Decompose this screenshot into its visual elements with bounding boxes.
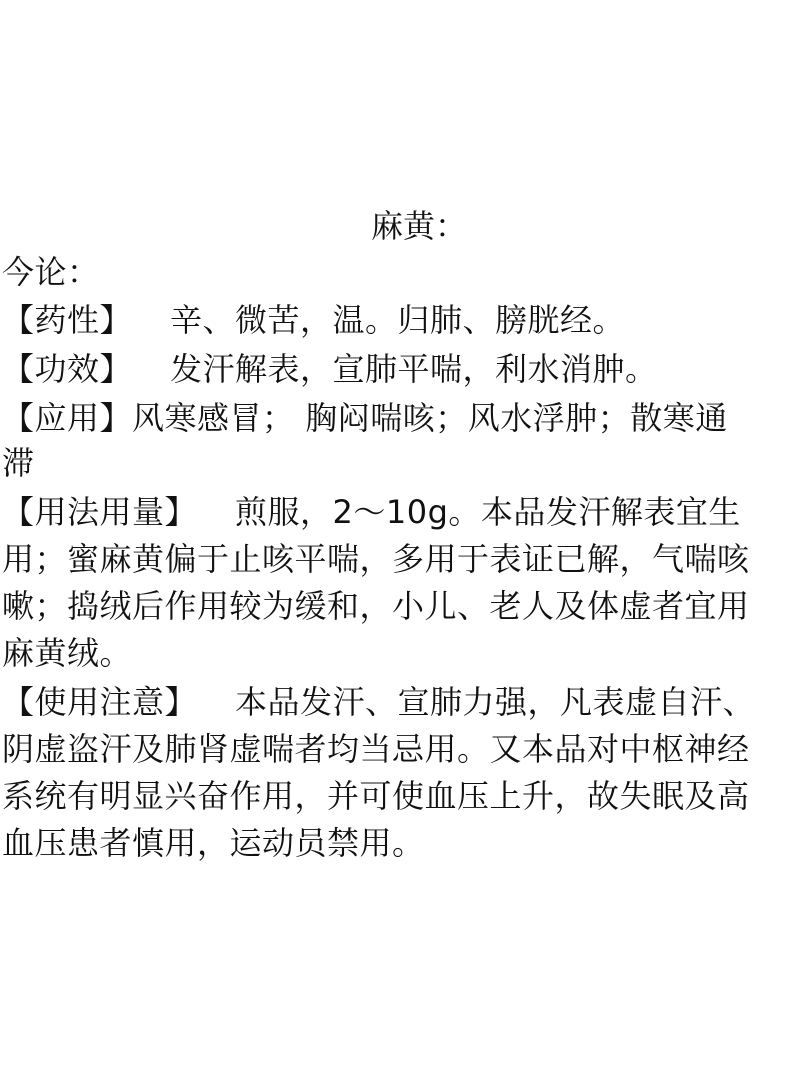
section-tag: 【药性】 — [2, 301, 132, 339]
section-yingyong: 【应用】风寒感冒； 胸闷喘咳；风水浮肿；散寒通 — [2, 396, 800, 440]
section-yongfa-yongliang: 【用法用量】煎服，2～10g。本品发汗解表宜生 — [2, 490, 800, 534]
section-shiyong-zhuyi: 【使用注意】本品发汗、宣肺力强，凡表虚自汗、 — [2, 680, 800, 724]
section-text: 煎服，2～10g。本品发汗解表宜生 — [235, 493, 741, 531]
section-gongxiao: 【功效】发汗解表，宣肺平喘，利水消肿。 — [2, 347, 800, 391]
section-text: 发汗解表，宣肺平喘，利水消肿。 — [170, 350, 658, 388]
subtitle-jinlun: 今论： — [2, 250, 800, 294]
section-zhuyi-line-4: 血压患者慎用，运动员禁用。 — [2, 821, 800, 865]
document-page: 麻黄： 今论： 【药性】辛、微苦，温。归肺、膀胱经。 【功效】发汗解表，宣肺平喘… — [0, 0, 800, 1069]
section-yongfa-line-2: 用；蜜麻黄偏于止咳平喘，多用于表证已解，气喘咳 — [2, 537, 800, 581]
section-tag: 【应用】 — [2, 399, 132, 437]
section-text: 辛、微苦，温。归肺、膀胱经。 — [170, 301, 625, 339]
section-yingyong-cont: 滞 — [2, 441, 800, 485]
section-yaoxing: 【药性】辛、微苦，温。归肺、膀胱经。 — [2, 298, 800, 342]
section-tag: 【使用注意】 — [2, 683, 197, 721]
section-text: 本品发汗、宣肺力强，凡表虚自汗、 — [235, 683, 755, 721]
section-tag: 【功效】 — [2, 350, 132, 388]
section-zhuyi-line-3: 系统有明显兴奋作用，并可使血压上升，故失眠及高 — [2, 774, 800, 818]
section-text: 风寒感冒； 胸闷喘咳；风水浮肿；散寒通 — [132, 399, 728, 437]
section-zhuyi-line-2: 阴虚盗汗及肺肾虚喘者均当忌用。又本品对中枢神经 — [2, 727, 800, 771]
section-yongfa-line-3: 嗽；捣绒后作用较为缓和，小儿、老人及体虚者宜用 — [2, 584, 800, 628]
section-tag: 【用法用量】 — [2, 493, 197, 531]
section-yongfa-line-4: 麻黄绒。 — [2, 631, 800, 675]
document-title: 麻黄： — [0, 204, 800, 248]
